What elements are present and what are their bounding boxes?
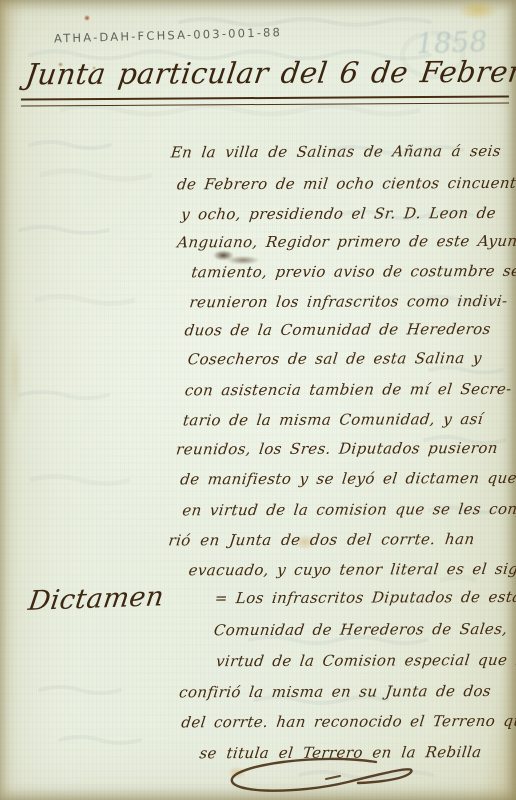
margin-note-dictamen: Dictamen: [26, 580, 199, 617]
manuscript-line: en virtud de la comision que se les conf…: [181, 500, 503, 519]
manuscript-line: virtud de la Comision especial que le: [215, 651, 484, 670]
manuscript-line: con asistencia tambien de mí el Secre-: [184, 380, 503, 399]
manuscript-line: confirió la misma en su Junta de dos: [178, 682, 458, 701]
manuscript-line: evacuado, y cuyo tenor literal es el sig…: [188, 560, 510, 579]
manuscript-line: reunidos, los Sres. Diputados pusieron: [175, 439, 467, 458]
manuscript-line: de manifiesto y se leyó el dictamen que: [179, 469, 503, 488]
manuscript-line: duos de la Comunidad de Herederos: [184, 320, 483, 339]
manuscript-line: Comunidad de Herederos de Sales, en: [213, 620, 488, 639]
manuscript-body: En la villa de Salinas de Añana á seis d…: [0, 0, 516, 800]
manuscript-page: 1858 ATHA-DAH-FCHSA-003-001-88 Junta par…: [0, 0, 516, 800]
manuscript-line: del corrte. han reconocido el Terreno qu…: [180, 712, 496, 731]
manuscript-line: En la villa de Salinas de Añana á seis: [170, 142, 502, 161]
manuscript-line: tamiento, previo aviso de costumbre se: [190, 262, 476, 281]
manuscript-line: de Febrero de mil ocho cientos cincuenta: [176, 174, 502, 193]
manuscript-line: y ocho, presidiendo el Sr. D. Leon de: [180, 204, 456, 223]
rubric-flourish-icon: [208, 752, 438, 800]
manuscript-line: tario de la misma Comunidad, y así: [182, 410, 451, 429]
manuscript-line: reunieron los infrascritos como indivi-: [189, 292, 503, 311]
manuscript-line: Anguiano, Regidor primero de este Ayun-: [176, 232, 502, 251]
manuscript-line: = Los infrascritos Diputados de esta: [214, 588, 496, 607]
manuscript-line: rió en Junta de dos del corrte. han: [168, 530, 476, 549]
manuscript-line: Cosecheros de sal de esta Salina y: [187, 349, 447, 368]
